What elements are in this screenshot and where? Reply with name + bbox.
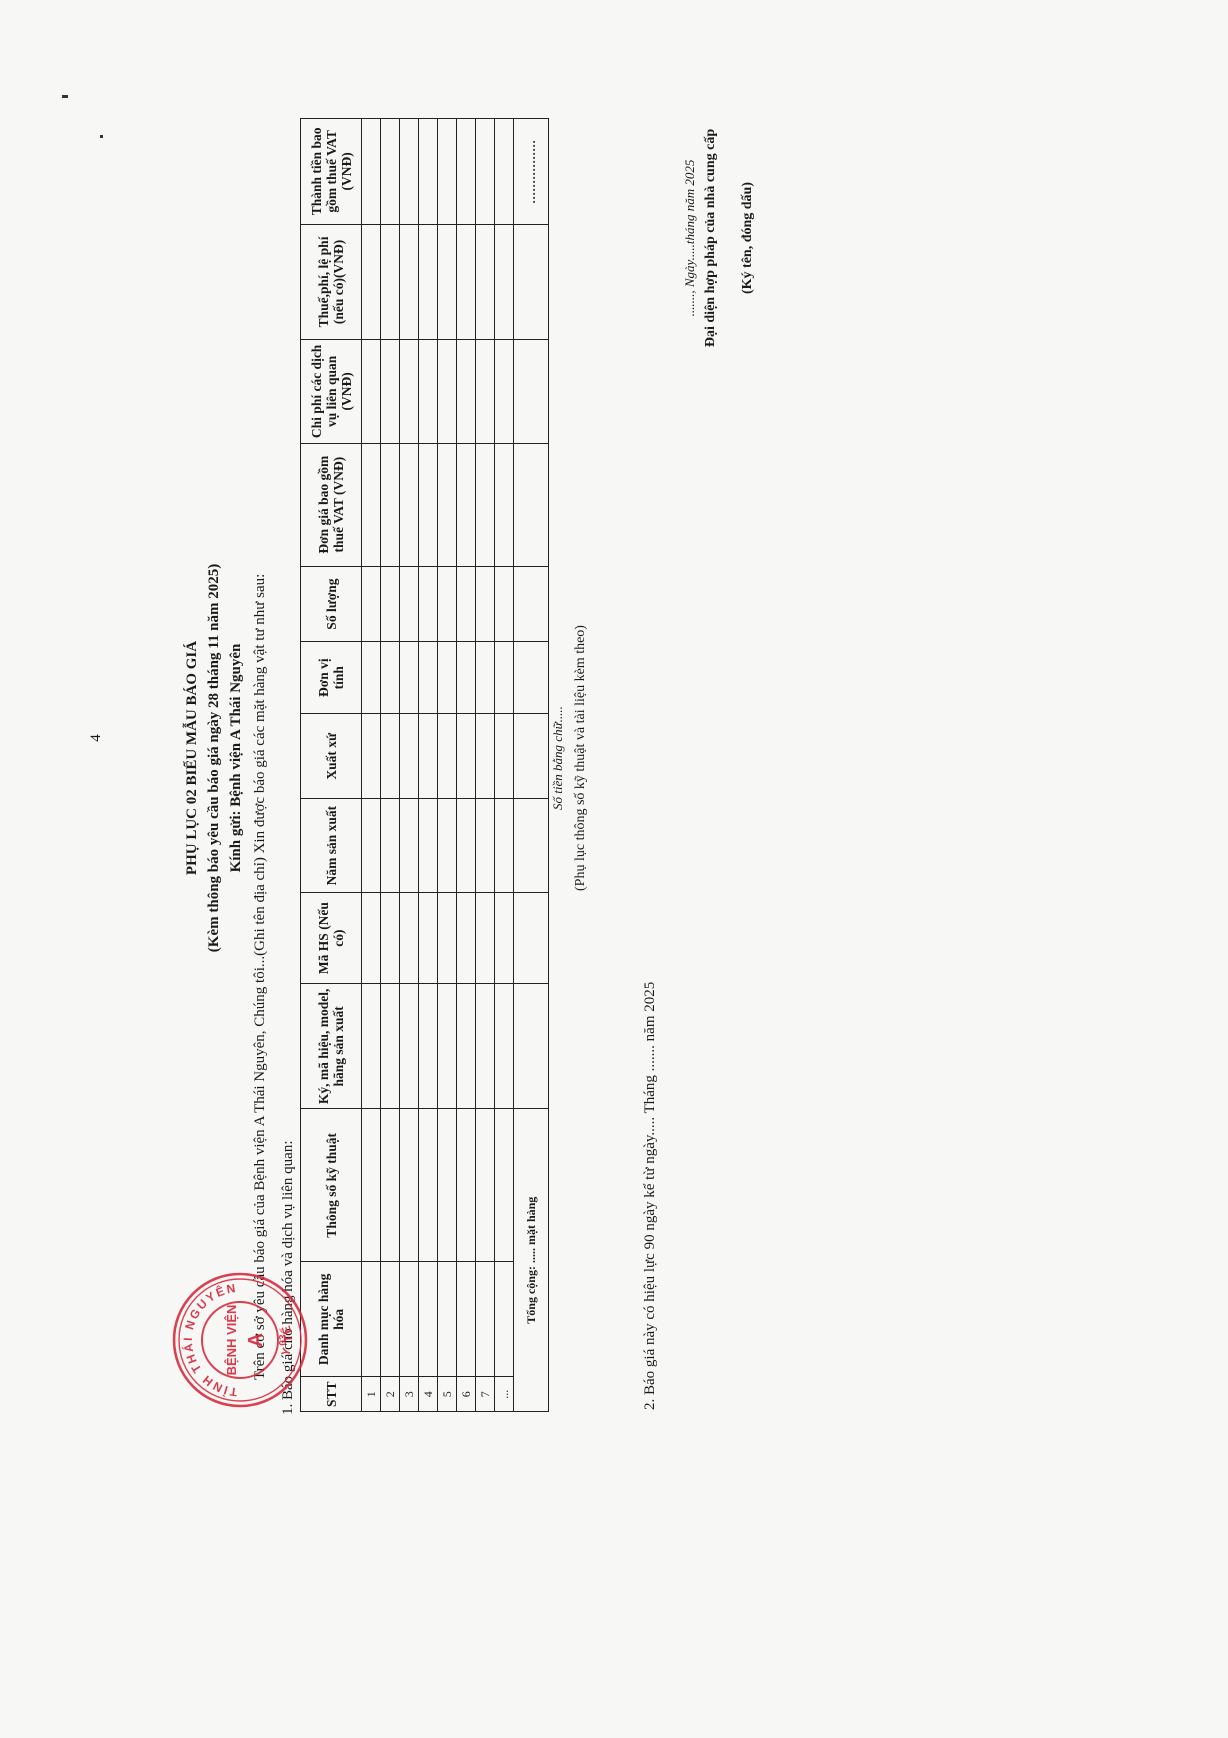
table-row: 1 [362,119,381,1412]
table-cell [495,1109,514,1262]
table-row: 3 [400,119,419,1412]
column-header: Mã HS (Nếu có) [301,892,362,983]
table-cell [457,1109,476,1262]
table-cell [400,1109,419,1262]
table-cell [400,892,419,983]
table-cell [419,892,438,983]
table-cell [457,566,476,642]
signature-note: (Ký tên, đóng dấu) [740,98,756,378]
table-cell [438,566,457,642]
table-cell [495,892,514,983]
column-header: Thông số kỹ thuật [301,1109,362,1262]
table-cell [362,892,381,983]
table-cell [514,566,549,642]
row-number: 2 [381,1377,400,1412]
row-number: 6 [457,1377,476,1412]
table-cell [400,984,419,1109]
total-row: Tổng cộng: ..... mặt hàng...............… [514,119,549,1412]
table-cell [362,1262,381,1377]
table-cell [438,340,457,443]
table-cell [419,984,438,1109]
table-cell [476,119,495,225]
table-cell [419,799,438,892]
table-cell [476,642,495,714]
table-cell [495,799,514,892]
total-label: Tổng cộng: ..... mặt hàng [514,1109,549,1412]
table-cell [381,1262,400,1377]
amount-in-words: Số tiền bằng chữ..... [550,538,566,978]
table-cell [400,1262,419,1377]
table-cell [457,713,476,798]
table-cell [457,119,476,225]
table-cell [400,566,419,642]
table-cell [419,1109,438,1262]
hospital-stamp-icon: TỈNH THÁI NGUYÊN Y TẾ BỆNH VIỆN A 03 [170,1270,310,1410]
table-cell [438,642,457,714]
table-cell [438,224,457,339]
table-cell [438,443,457,566]
table-cell [514,984,549,1109]
table-cell [495,1262,514,1377]
table-cell [457,1262,476,1377]
table-cell [381,892,400,983]
table-cell [438,1262,457,1377]
table-cell [419,340,438,443]
svg-text:A: A [245,1333,267,1347]
table-cell [381,443,400,566]
table-cell [419,566,438,642]
svg-text:BỆNH VIỆN: BỆNH VIỆN [224,1305,239,1376]
table-cell [495,566,514,642]
row-number: 1 [362,1377,381,1412]
table-cell [362,566,381,642]
table-cell [362,1109,381,1262]
table-cell [438,119,457,225]
table-cell [381,984,400,1109]
table-header-row: STTDanh mục hàng hóaThông số kỹ thuậtKý,… [301,119,362,1412]
table-cell [457,443,476,566]
table-cell [362,224,381,339]
table-cell [381,340,400,443]
table-cell [381,642,400,714]
table-cell [419,713,438,798]
table-cell [400,642,419,714]
column-header: Ký, mã hiệu, model, hãng sản xuất [301,984,362,1109]
table-cell [362,799,381,892]
table-cell [381,1109,400,1262]
column-header: Chi phí các dịch vụ liên quan (VNĐ) [301,340,362,443]
total-value: ................ [514,119,549,225]
table-row: 4 [419,119,438,1412]
table-cell [476,1262,495,1377]
table-cell [476,566,495,642]
table-cell [495,713,514,798]
table-cell [457,224,476,339]
table-cell [400,340,419,443]
table-cell [419,1262,438,1377]
table-cell [381,119,400,225]
recipient-line: Kính gửi: Bệnh viện A Thái Nguyên [228,378,245,1138]
table-cell [514,642,549,714]
table-cell [514,713,549,798]
table-cell [381,224,400,339]
table-cell [400,119,419,225]
column-header: Năm sản xuất [301,799,362,892]
table-cell [457,340,476,443]
table-cell [476,713,495,798]
table-row: 2 [381,119,400,1412]
table-cell [495,984,514,1109]
table-cell [362,443,381,566]
table-cell [495,224,514,339]
table-cell [362,984,381,1109]
section-2-validity: 2. Báo giá này có hiệu lực 90 ngày kể từ… [642,982,659,1410]
table-cell [457,799,476,892]
table-cell [438,984,457,1109]
signature-date-line: ......., Ngày.....tháng năm 2025 [682,88,698,388]
row-number: 3 [400,1377,419,1412]
table-cell [514,340,549,443]
table-cell [381,566,400,642]
table-cell [495,119,514,225]
appendix-note: (Phụ lục thông số kỹ thuật và tài liệu k… [573,478,589,1038]
row-number: ... [495,1377,514,1412]
table-row: 5 [438,119,457,1412]
table-cell [362,713,381,798]
table-row: 6 [457,119,476,1412]
row-number: 7 [476,1377,495,1412]
table-cell [362,340,381,443]
table-cell [476,984,495,1109]
table-cell [400,224,419,339]
table-cell [419,119,438,225]
table-cell [400,713,419,798]
table-cell [362,642,381,714]
table-cell [457,642,476,714]
table-cell [419,224,438,339]
table-cell [476,340,495,443]
rotated-document-page: 4 PHỤ LỤC 02 BIỂU MẪU BÁO GIÁ (Kèm thông… [0,0,1228,1738]
table-cell [476,443,495,566]
table-cell [476,224,495,339]
document-subtitle: (Kèm thông báo yêu cầu báo giá ngày 28 t… [206,378,223,1138]
table-cell [495,443,514,566]
column-header: Xuất xứ [301,713,362,798]
table-cell [419,443,438,566]
table-cell [438,892,457,983]
table-cell [438,799,457,892]
table-cell [400,443,419,566]
column-header: Thành tiền bao gồm thuế VAT (VNĐ) [301,119,362,225]
column-header: Thuế,phí, lệ phí (nếu có)(VNĐ) [301,224,362,339]
table-cell [457,984,476,1109]
table-cell [438,713,457,798]
table-cell [514,224,549,339]
table-cell [514,892,549,983]
table-cell [381,713,400,798]
table-cell [495,340,514,443]
table-cell [476,799,495,892]
table-cell [457,892,476,983]
table-cell [514,443,549,566]
column-header: Số lượng [301,566,362,642]
scan-speck [62,95,68,98]
column-header: Đơn vị tính [301,642,362,714]
table-cell [438,1109,457,1262]
column-header: Đơn giá bao gồm thuế VAT (VNĐ) [301,443,362,566]
table-cell [362,119,381,225]
scan-speck [100,135,103,138]
document-title: PHỤ LỤC 02 BIỂU MẪU BÁO GIÁ [184,378,201,1138]
table-cell [476,892,495,983]
table-cell [514,799,549,892]
intro-paragraph: Trên cơ sở yêu cầu báo giá của Bệnh viện… [252,574,269,1380]
table-cell [400,799,419,892]
svg-text:03: 03 [278,1334,289,1346]
table-row: ... [495,119,514,1412]
table-cell [419,642,438,714]
table-cell [476,1109,495,1262]
row-number: 5 [438,1377,457,1412]
table-cell [381,799,400,892]
signature-title: Đại diện hợp pháp của nhà cung cấp [702,98,719,378]
row-number: 4 [419,1377,438,1412]
table-cell [495,642,514,714]
quotation-table: STTDanh mục hàng hóaThông số kỹ thuậtKý,… [300,118,549,1412]
page-number: 4 [88,698,105,778]
table-row: 7 [476,119,495,1412]
